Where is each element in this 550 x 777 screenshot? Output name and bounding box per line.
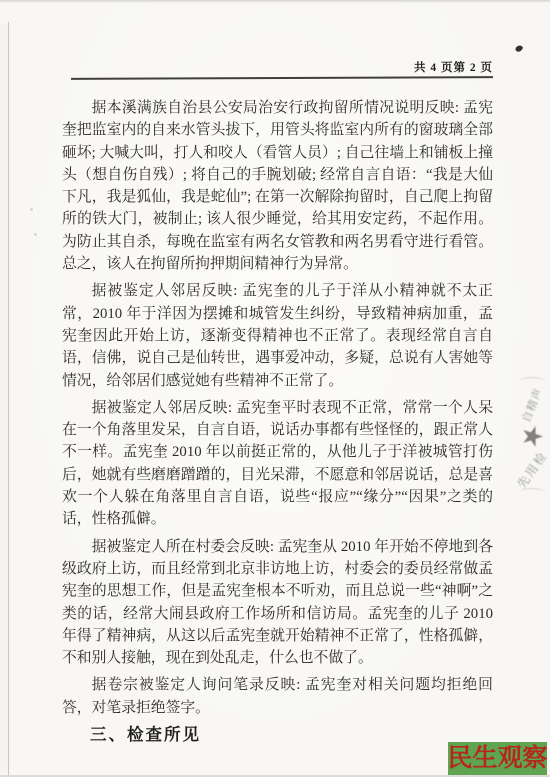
scan-noise-speck [30,208,33,211]
paragraph-detention-center-report: 据本溪满族自治县公安局治安行政拘留所情况说明反映: 孟宪奎把监室内的自来水管头拔… [62,97,493,275]
paragraph-village-committee-report: 据被鉴定人所在村委会反映: 孟宪奎从 2010 年开始不停地到各级政府上访，而且… [62,536,493,670]
stamp-arc [519,488,545,497]
stamp-text-fragment-bottom: 先用检 [513,447,550,491]
section-heading: 三、检查所见 [62,724,493,746]
stamp-arc [519,377,545,386]
scanned-document-page: 共 4 页第 2 页 据本溪满族自治县公安局治安行政拘留所情况说明反映: 孟宪奎… [0,0,550,777]
document-body: 据本溪满族自治县公安局治安行政拘留所情况说明反映: 孟宪奎把监室内的自来水管头拔… [62,97,493,746]
paragraph-interrogation-record: 据卷宗被鉴定人询问笔录反映: 孟宪奎对相关问题均拒绝回答，对笔录拒绝签字。 [62,674,493,719]
page-number: 共 4 页第 2 页 [414,59,493,75]
header-rule [71,76,493,79]
scan-noise-speck [34,233,37,236]
scan-edge-left [8,22,9,777]
paragraph-neighbor-report-2: 据被鉴定人邻居反映: 孟宪奎平时表现不正常，常常一个人呆在一个角落里发呆，自言自… [62,397,493,531]
paragraph-neighbor-report-1: 据被鉴定人邻居反映: 孟宪奎的儿子于洋从小精神就不太正常，2010 年于洋因为摆… [62,280,493,391]
scan-edge-top [0,0,550,3]
stamp-star-icon: ★ [516,420,547,453]
partial-official-stamp: 自精声 ★ 先用检 [506,377,550,497]
ink-speck [514,44,523,53]
watermark-text: 民生观察 [448,746,548,771]
stamp-text-fragment-top: 自精声 [518,385,546,424]
watermark-badge: 民生观察 [448,742,547,775]
